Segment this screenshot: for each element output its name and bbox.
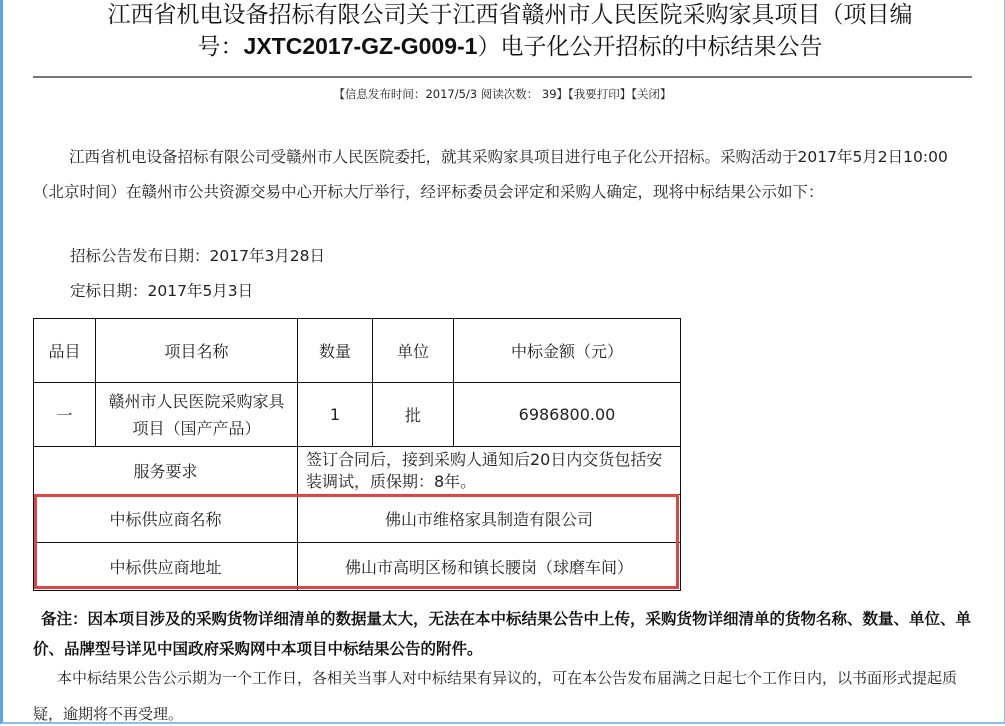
title-line-1: 江西省机电设备招标有限公司关于江西省赣州市人民医院采购家具项目（项目编 bbox=[40, 0, 980, 31]
view-count: 39 bbox=[538, 87, 556, 101]
views-label: 阅读次数： bbox=[477, 87, 538, 101]
publish-date: 2017/5/3 bbox=[425, 87, 477, 101]
service-label: 服务要求 bbox=[34, 447, 298, 495]
table-row: 一 赣州市人民医院采购家具项目（国产产品） 1 批 6986800.00 bbox=[34, 383, 681, 447]
title-suffix: ）电子化公开招标的中标结果公告 bbox=[477, 34, 822, 60]
cell-item: 一 bbox=[34, 383, 96, 447]
announce-date: 招标公告发布日期：2017年3月28日 bbox=[70, 244, 325, 266]
title-prefix: 号： bbox=[198, 34, 244, 60]
intro-paragraph: 江西省机电设备招标有限公司受赣州市人民医院委托，就其采购家具项目进行电子化公开招… bbox=[33, 140, 968, 210]
header-qty: 数量 bbox=[298, 319, 373, 383]
supplier-name-row: 中标供应商名称 佛山市维格家具制造有限公司 bbox=[34, 495, 681, 543]
supplier-addr-label: 中标供应商地址 bbox=[34, 543, 298, 591]
print-link[interactable]: 【我要打印】 bbox=[568, 87, 631, 101]
close-link[interactable]: 【关闭】 bbox=[631, 87, 671, 101]
project-code: JXTC2017-GZ-G009-1 bbox=[244, 33, 478, 59]
header-amount: 中标金额（元） bbox=[454, 319, 681, 383]
supplier-name-label: 中标供应商名称 bbox=[34, 495, 298, 543]
meta-bar: 【信息发布时间：2017/5/3 阅读次数： 39】【我要打印】【关闭】 bbox=[0, 86, 1005, 102]
award-date: 定标日期：2017年5月3日 bbox=[70, 279, 253, 301]
publish-label: 【信息发布时间： bbox=[333, 87, 425, 101]
supplier-addr: 佛山市高明区杨和镇长腰岗（球磨车间） bbox=[298, 543, 681, 591]
bracket: 】 bbox=[557, 87, 569, 101]
header-name: 项目名称 bbox=[96, 319, 298, 383]
cell-amount: 6986800.00 bbox=[454, 383, 681, 447]
cell-qty: 1 bbox=[298, 383, 373, 447]
title-line-2: 号：JXTC2017-GZ-G009-1）电子化公开招标的中标结果公告 bbox=[40, 31, 980, 63]
note-paragraph: 备注：因本项目涉及的采购货物详细清单的数据量太大，无法在本中标结果公告中上传，采… bbox=[33, 604, 973, 664]
cell-unit: 批 bbox=[373, 383, 454, 447]
divider bbox=[33, 76, 972, 78]
cell-name: 赣州市人民医院采购家具项目（国产产品） bbox=[96, 383, 298, 447]
header-item: 品目 bbox=[34, 319, 96, 383]
header-unit: 单位 bbox=[373, 319, 454, 383]
page-title: 江西省机电设备招标有限公司关于江西省赣州市人民医院采购家具项目（项目编 号：JX… bbox=[40, 0, 980, 63]
supplier-name: 佛山市维格家具制造有限公司 bbox=[298, 495, 681, 543]
supplier-addr-row: 中标供应商地址 佛山市高明区杨和镇长腰岗（球磨车间） bbox=[34, 543, 681, 591]
service-value: 签订合同后，接到采购人通知后20日内交货包括安装调试，质保期：8年。 bbox=[298, 447, 681, 495]
table-header-row: 品目 项目名称 数量 单位 中标金额（元） bbox=[34, 319, 681, 383]
service-row: 服务要求 签订合同后，接到采购人通知后20日内交货包括安装调试，质保期：8年。 bbox=[34, 447, 681, 495]
result-table: 品目 项目名称 数量 单位 中标金额（元） 一 赣州市人民医院采购家具项目（国产… bbox=[33, 318, 681, 591]
closing-paragraph: 本中标结果公告公示期为一个工作日，各相关当事人对中标结果有异议的，可在本公告发布… bbox=[33, 660, 968, 726]
